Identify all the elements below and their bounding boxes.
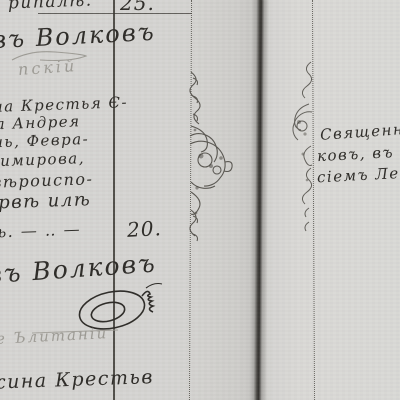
book-gutter-shadow [249, 0, 270, 400]
record-text-line: ѣ. — ‥ — [0, 221, 81, 240]
faint-stamp-word: пскій [18, 58, 78, 78]
entry-number: 20. [127, 218, 163, 240]
record-text-line: ервѣ илѣ [0, 191, 91, 213]
handwritten-line-top: рипалѣ. [8, 0, 93, 12]
entry-number-top: 25. [120, 0, 155, 13]
record-text-line: вѣроиспо- [0, 171, 94, 191]
right-page-paper [258, 0, 400, 400]
table-row-divider [38, 13, 192, 14]
floral-border-ornament-left [187, 70, 237, 245]
right-page-text-line: ковъ, въ Дѣв [317, 143, 400, 164]
right-page-text-line: сіемъ Лев [317, 166, 400, 186]
record-text-line: Климирова, [0, 151, 85, 170]
table-column-divider [113, 0, 115, 400]
floral-border-ornament-right [291, 60, 315, 240]
scanned-metrical-book-page: рипалѣ. 25. въ Волковъ пскій шина Кресть… [0, 0, 400, 400]
record-text-line: дочь, Февра- [0, 132, 89, 151]
